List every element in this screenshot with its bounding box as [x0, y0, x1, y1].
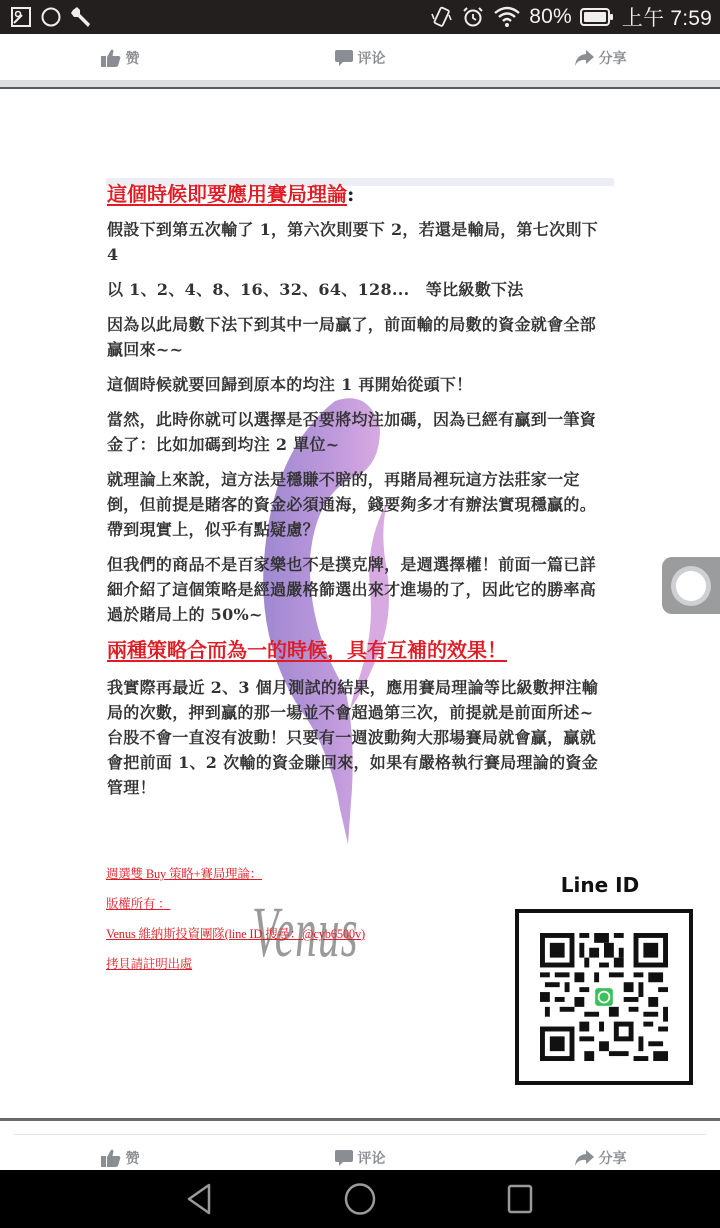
paragraph: 以 1、2、4、8、16、32、64、128... 等比級數下法 [107, 277, 607, 302]
like-button[interactable]: 赞 [0, 1148, 240, 1168]
back-icon [185, 1182, 215, 1216]
recents-icon [506, 1183, 534, 1215]
status-bar-left [10, 5, 94, 29]
heading-complementary: 兩種策略合而為一的時候，具有互補的效果！ [107, 635, 607, 665]
wrench-icon [70, 5, 94, 29]
closing-paragraph: 我實際再最近 2、3 個月測試的結果，應用賽局理論等比級數押注輸局的次數，押到贏… [107, 675, 607, 800]
comment-icon [335, 49, 353, 67]
qr-title: Line ID [520, 873, 680, 897]
footer-link-copyright: 版權所有 ： [106, 896, 426, 912]
status-bar-right: 80% 上午 7:59 [429, 2, 712, 32]
heading-game-theory-text: 這個時候即要應用賽局理論 [107, 182, 347, 206]
share-label: 分享 [599, 48, 627, 68]
vibrate-icon [429, 5, 453, 29]
home-icon [343, 1182, 377, 1216]
home-button[interactable] [338, 1177, 382, 1221]
assistive-touch-core [676, 571, 706, 601]
footer-link-attribution: 拷貝請註明出處 [106, 956, 426, 972]
battery-percent: 80% [529, 5, 572, 29]
circle-icon [40, 6, 62, 28]
paragraph: 但我們的商品不是百家樂也不是撲克牌，是週選擇權！前面一篇已詳細介紹了這個策略是經… [107, 552, 607, 627]
copyright-links: 週選雙 Buy 策略+賽局理論： 版權所有 ： Venus 維納斯投資團隊(li… [106, 866, 426, 986]
back-button[interactable] [178, 1177, 222, 1221]
gallery-icon [10, 6, 32, 28]
share-button[interactable]: 分享 [480, 48, 720, 68]
heading-colon: : [347, 179, 354, 209]
assistive-touch-ring-icon [671, 566, 711, 606]
paragraph: 這個時候就要回歸到原本的均注 1 再開始從頭下！ [107, 372, 607, 397]
line-qr-code [515, 909, 693, 1085]
battery-icon [580, 7, 614, 27]
navigation-bar [0, 1170, 720, 1228]
paragraph: 因為以此局數下法下到其中一局贏了，前面輸的局數的資金就會全部贏回來~~ [107, 312, 607, 362]
comment-label: 评论 [358, 48, 386, 68]
footer-link-strategy: 週選雙 Buy 策略+賽局理論： [106, 866, 426, 882]
action-bar-divider [14, 1134, 706, 1135]
alarm-icon [461, 5, 485, 29]
wifi-icon [493, 5, 521, 29]
like-button[interactable]: 赞 [0, 48, 240, 68]
recents-button[interactable] [498, 1177, 542, 1221]
document-content: 這個時候即要應用賽局理論: 假設下到第五次輸了 1，第六次則要下 2，若還是輸局… [107, 179, 607, 800]
clock: 上午 7:59 [622, 2, 712, 32]
comment-icon [335, 1149, 353, 1167]
top-action-bar: 赞 评论 分享 [0, 36, 720, 80]
status-bar: 80% 上午 7:59 [0, 0, 720, 34]
paragraph: 就理論上來說，這方法是穩賺不賠的，再賭局裡玩這方法莊家一定倒，但前提是賭客的資金… [107, 467, 607, 542]
post-divider [0, 1118, 720, 1121]
assistive-touch-button[interactable] [662, 557, 720, 614]
paragraph: 當然，此時你就可以選擇是否要將均注加碼，因為已經有贏到一筆資金了：比如加碼到均注… [107, 407, 607, 457]
share-label: 分享 [599, 1148, 627, 1168]
footer-link-venus-team: Venus 維納斯投資團隊(line ID 搜尋：@cyb6500v) [106, 926, 426, 942]
thumbs-up-icon [101, 49, 121, 67]
share-arrow-icon [574, 1149, 594, 1167]
comment-label: 评论 [358, 1148, 386, 1168]
share-arrow-icon [574, 49, 594, 67]
post-image[interactable]: 這個時候即要應用賽局理論: 假設下到第五次輸了 1，第六次則要下 2，若還是輸局… [0, 91, 720, 1118]
qr-code-icon [539, 933, 669, 1061]
comment-button[interactable]: 评论 [240, 48, 480, 68]
comment-button[interactable]: 评论 [240, 1148, 480, 1168]
like-label: 赞 [126, 1148, 140, 1168]
share-button[interactable]: 分享 [480, 1148, 720, 1168]
feed-divider [0, 80, 720, 89]
heading-game-theory: 這個時候即要應用賽局理論: [107, 179, 607, 209]
thumbs-up-icon [101, 1149, 121, 1167]
paragraph: 假設下到第五次輸了 1，第六次則要下 2，若還是輸局，第七次則下 4 [107, 217, 607, 267]
like-label: 赞 [126, 48, 140, 68]
